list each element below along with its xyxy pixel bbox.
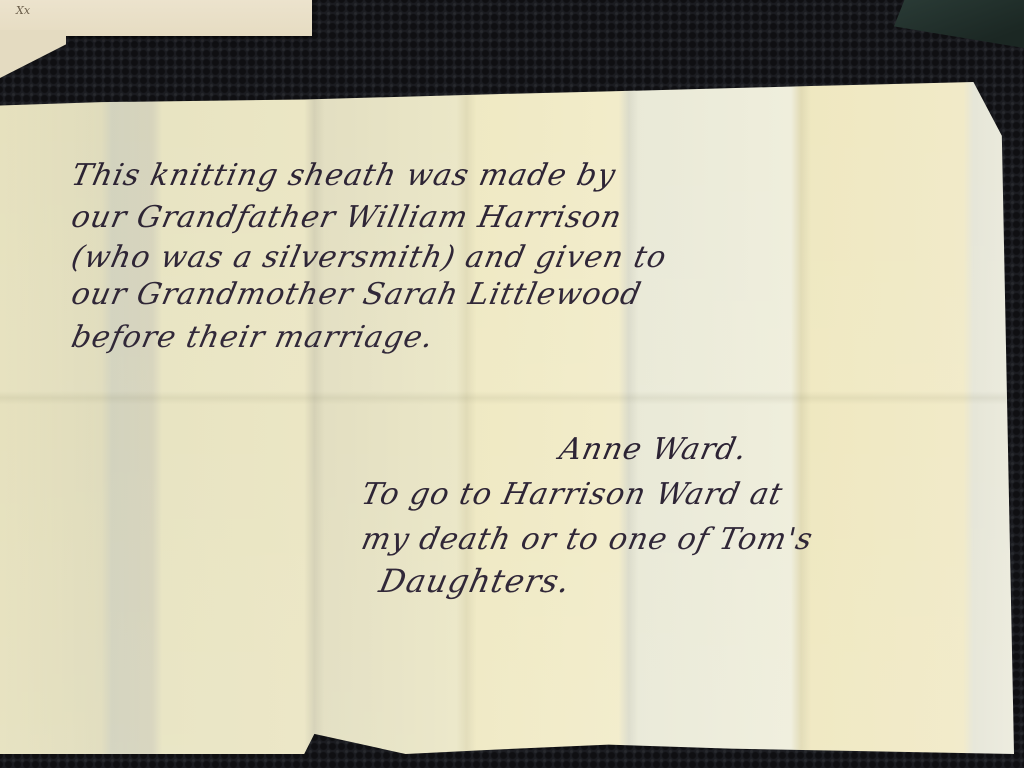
bequest-line-1: To go to Harrison Ward at [358, 477, 786, 512]
letter-line-2: our Grandfather William Harrison [68, 200, 625, 235]
signature: Anne Ward. [556, 432, 750, 467]
handwritten-letter: This knitting sheath was made by our Gra… [0, 82, 1014, 754]
letter-line-4: our Grandmother Sarah Littlewood [68, 277, 644, 312]
letter-line-3: (who was a silversmith) and given to [68, 240, 670, 275]
bequest-line-2: my death or to one of Tom's [358, 522, 816, 557]
letter-line-5: before their marriage. [68, 320, 437, 355]
background-sheet-scribble: Xx [16, 4, 30, 17]
letter-line-1: This knitting sheath was made by [68, 158, 619, 193]
bequest-line-3: Daughters. [376, 562, 574, 600]
